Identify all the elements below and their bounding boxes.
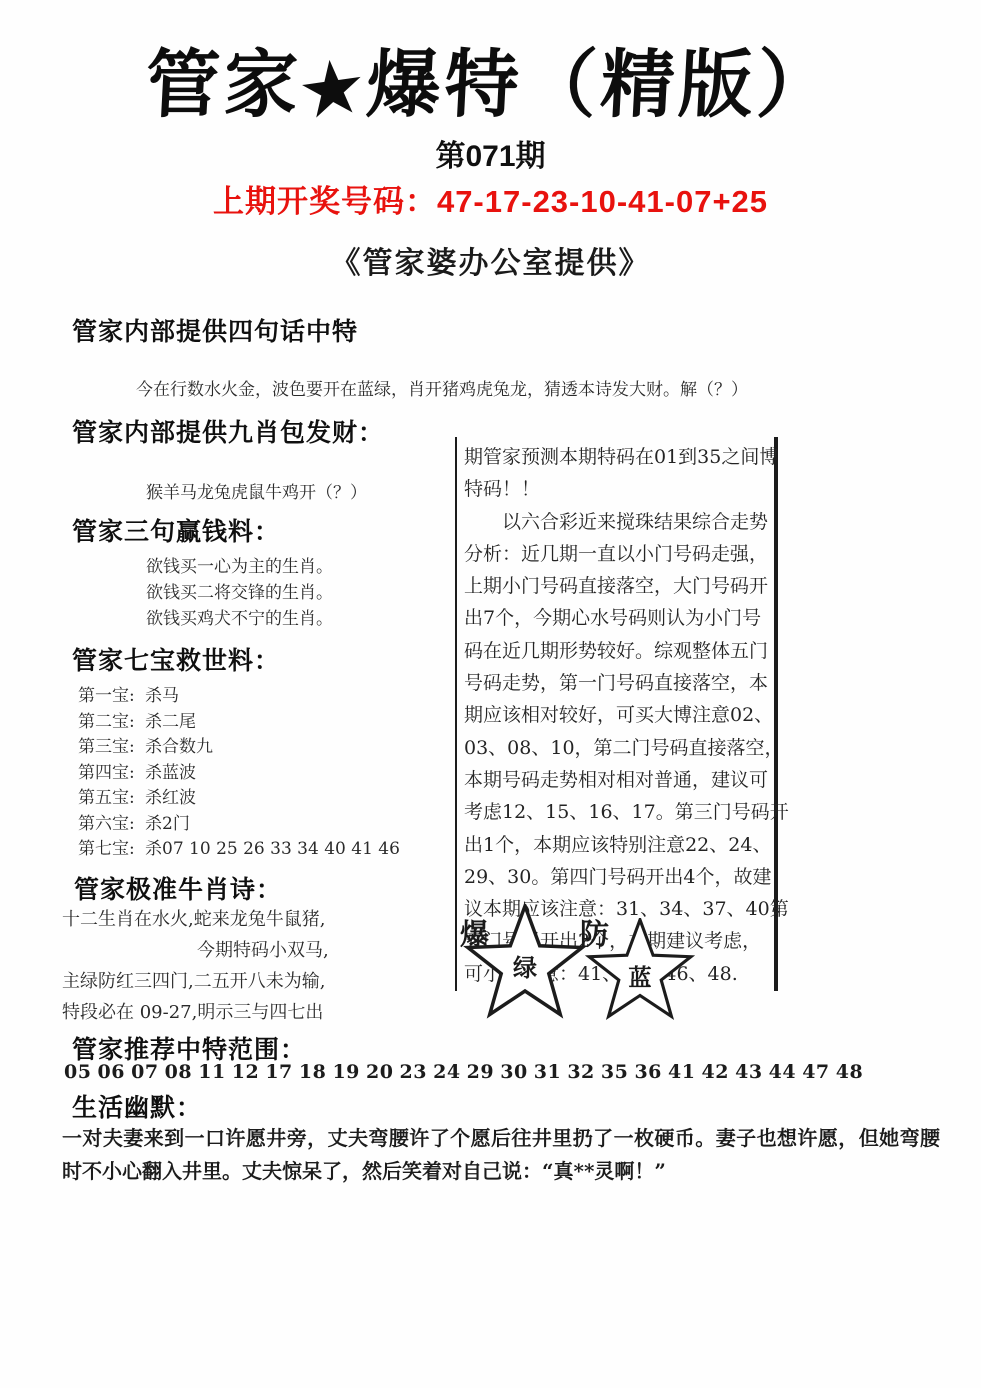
three-sentence-line: 欲钱买鸡犬不宁的生肖。 bbox=[146, 606, 333, 632]
treasure-row: 第三宝:杀合数九 bbox=[78, 735, 400, 761]
nine-zodiac-line: 猴羊马龙兔虎鼠牛鸡开（？） bbox=[146, 478, 367, 503]
title-text-left: 管家 bbox=[143, 42, 304, 128]
ox-poem-line-2: 今期特码小双马, bbox=[197, 936, 329, 962]
treasure-label: 第二宝: bbox=[78, 710, 145, 736]
treasure-row: 第二宝:杀二尾 bbox=[78, 710, 400, 736]
burst-label: 爆 bbox=[460, 912, 489, 953]
blue-star-char: 蓝 bbox=[628, 965, 651, 992]
last-draw-label: 上期开奖号码： bbox=[213, 184, 437, 219]
prediction-line: 特码！！ bbox=[464, 473, 772, 505]
tip-sheet-page: 管家★爆特（精版） 第071期 上期开奖号码：47-17-23-10-41-07… bbox=[0, 0, 981, 1388]
prediction-line: 本期号码走势相对相对普通，建议可 bbox=[464, 764, 772, 796]
prediction-line: 考虑12、15、16、17。第三门号码开 bbox=[464, 796, 772, 828]
guard-label: 防 bbox=[580, 912, 609, 953]
seven-treasures-list: 第一宝:杀马 第二宝:杀二尾 第三宝:杀合数九 第四宝:杀蓝波 第五宝:杀红波 … bbox=[78, 684, 400, 863]
heading-seven-treasures: 管家七宝救世料： bbox=[72, 641, 280, 677]
prediction-line: 分析：近几期一直以小门号码走强， bbox=[464, 538, 772, 570]
ox-poem-line-4: 特段必在 09-27,明示三与四七出 bbox=[62, 998, 323, 1024]
heading-three-sentence: 管家三句赢钱料： bbox=[72, 512, 280, 548]
treasure-row: 第四宝:杀蓝波 bbox=[78, 761, 400, 787]
prediction-line: 码在近几期形势较好。综观整体五门 bbox=[464, 635, 772, 667]
treasure-row: 第七宝:杀07 10 25 26 33 34 40 41 46 bbox=[78, 837, 400, 863]
treasure-label: 第五宝: bbox=[78, 786, 145, 812]
prediction-line: 上期小门号码直接落空，大门号码开 bbox=[464, 570, 772, 602]
last-draw-numbers: 47-17-23-10-41-07+25 bbox=[437, 184, 768, 219]
treasure-label: 第四宝: bbox=[78, 761, 145, 787]
prediction-line: 期管家预测本期特码在01到35之间博 bbox=[464, 441, 772, 473]
heading-four-sentence: 管家内部提供四句话中特 bbox=[72, 312, 358, 348]
heading-humor: 生活幽默： bbox=[72, 1088, 202, 1124]
prediction-line: 以六合彩近来搅珠结果综合走势 bbox=[464, 506, 772, 538]
ox-poem-line-3: 主绿防红三四门,二五开八未为输, bbox=[62, 967, 325, 993]
humor-paragraph: 一对夫妻来到一口许愿井旁，丈夫弯腰许了个愿后往井里扔了一枚硬币。妻子也想许愿，但… bbox=[62, 1122, 940, 1188]
treasure-row: 第五宝:杀红波 bbox=[78, 786, 400, 812]
treasure-row: 第六宝:杀2门 bbox=[78, 812, 400, 838]
issue-number: 第071期 bbox=[0, 131, 981, 175]
four-sentence-verse: 今在行数水火金，波色要开在蓝绿，肖开猪鸡虎兔龙，猜透本诗发大财。解（？） bbox=[136, 375, 748, 400]
prediction-line: 出1个，本期应该特别注意22、24、 bbox=[464, 829, 772, 861]
treasure-label: 第七宝: bbox=[78, 837, 145, 863]
treasure-value: 杀07 10 25 26 33 34 40 41 46 bbox=[145, 839, 400, 859]
ox-poem-line-1: 十二生肖在水火,蛇来龙兔牛鼠猪, bbox=[62, 905, 325, 931]
treasure-value: 杀马 bbox=[145, 686, 179, 706]
three-sentence-list: 欲钱买一心为主的生肖。 欲钱买二将交锋的生肖。 欲钱买鸡犬不宁的生肖。 bbox=[146, 554, 333, 632]
treasure-value: 杀2门 bbox=[145, 814, 190, 834]
prediction-line: 号码走势，第一门号码直接落空，本 bbox=[464, 667, 772, 699]
provider-line: 《管家婆办公室提供》 bbox=[0, 238, 981, 282]
last-draw-line: 上期开奖号码：47-17-23-10-41-07+25 bbox=[0, 176, 981, 221]
prediction-line: 29、30。第四门号码开出4个，故建 bbox=[464, 861, 772, 893]
title-text-right: 爆特（精版） bbox=[364, 42, 837, 128]
star-icon: ★ bbox=[298, 45, 370, 133]
heading-nine-zodiac: 管家内部提供九肖包发财： bbox=[72, 413, 384, 449]
three-sentence-line: 欲钱买一心为主的生肖。 bbox=[146, 554, 333, 580]
treasure-value: 杀合数九 bbox=[145, 737, 213, 757]
treasure-value: 杀二尾 bbox=[145, 712, 196, 732]
treasure-value: 杀红波 bbox=[145, 788, 196, 808]
treasure-label: 第一宝: bbox=[78, 684, 145, 710]
green-star-char: 绿 bbox=[513, 953, 537, 982]
heading-ox-poem: 管家极准牛肖诗： bbox=[74, 870, 282, 906]
color-tip-stars: 绿 蓝 爆 防 bbox=[452, 900, 792, 1040]
three-sentence-line: 欲钱买二将交锋的生肖。 bbox=[146, 580, 333, 606]
treasure-label: 第六宝: bbox=[78, 812, 145, 838]
treasure-label: 第三宝: bbox=[78, 735, 145, 761]
treasure-row: 第一宝:杀马 bbox=[78, 684, 400, 710]
treasure-value: 杀蓝波 bbox=[145, 763, 196, 783]
page-title: 管家★爆特（精版） bbox=[0, 26, 981, 132]
prediction-line: 03、08、10，第二门号码直接落空， bbox=[464, 732, 772, 764]
prediction-line: 出7个，今期心水号码则认为小门号 bbox=[464, 602, 772, 634]
range-numbers: 05 06 07 08 11 12 17 18 19 20 23 24 29 3… bbox=[64, 1061, 863, 1083]
prediction-line: 期应该相对较好，可买大博注意02、 bbox=[464, 699, 772, 731]
